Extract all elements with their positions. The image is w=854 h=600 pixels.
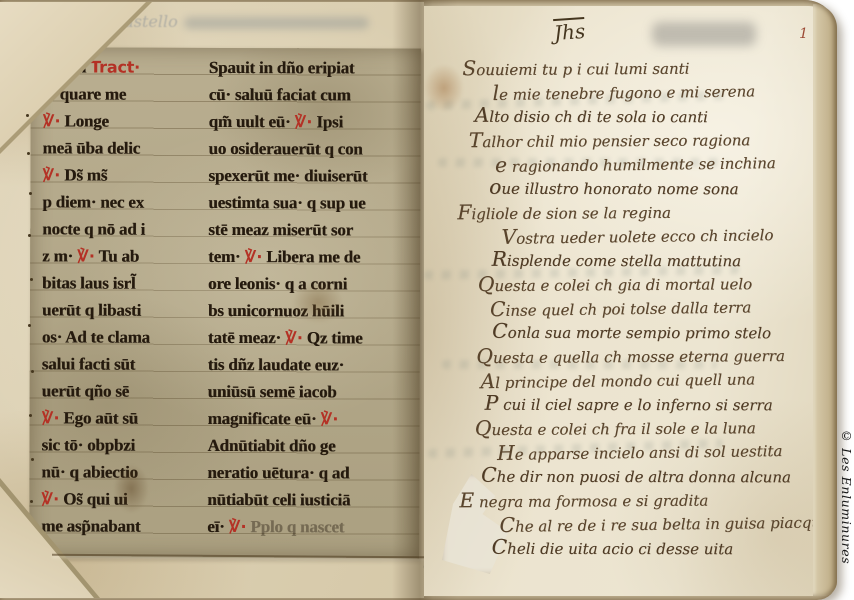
ihs-monogram: Jhs bbox=[553, 19, 586, 45]
poem-line: le mie tenebre fugono e mi serena bbox=[448, 77, 824, 106]
manuscript-line: spexerūt me· diuiserūt bbox=[208, 163, 416, 191]
manuscript-line: neratio uētura· q ad bbox=[207, 460, 415, 488]
poem-line: Conla sua morte sempio primo stelo bbox=[450, 320, 826, 345]
manuscript-line: sic tō· obpbzi bbox=[41, 432, 201, 460]
erased-inscription bbox=[184, 17, 369, 29]
manuscript-line: stē meaz miserūt sor bbox=[208, 217, 416, 245]
manuscript-line: os· Ad te clama bbox=[42, 324, 202, 352]
manuscript-line: tem· ℣· Libera me de bbox=[208, 244, 416, 272]
book-fore-edge bbox=[813, 4, 837, 596]
manuscript-line: qm̃ uult eū· ℣· Ipsi bbox=[209, 109, 417, 137]
manuscript-line: uniūsū semē iacob bbox=[208, 379, 416, 407]
poem-line: Alto disio ch di te sola io canti bbox=[449, 104, 825, 129]
manuscript-line: ℣· Ds̃ ms̃ bbox=[42, 162, 202, 190]
manuscript-line: salui facti sūt bbox=[42, 351, 202, 379]
left-page: Castello ms̃ rel Tract·e: quare me℣· Lon… bbox=[0, 2, 424, 598]
manuscript-line: eī· ℣· Pplo q nascet bbox=[207, 514, 415, 542]
pencil-inscription: Castello bbox=[112, 12, 412, 38]
manuscript-line: tis dñz laudate euz· bbox=[208, 352, 416, 380]
folio-number: 1 bbox=[799, 26, 808, 42]
manuscript-line: bitas laus isrl̃ bbox=[42, 270, 202, 298]
manuscript-line: tatē meaz· ℣· Qz time bbox=[208, 325, 416, 353]
poem-line: Al principe del mondo cui quell una bbox=[450, 365, 826, 394]
manuscript-line: uestimta sua· q sup ue bbox=[208, 190, 416, 218]
open-book: Castello ms̃ rel Tract·e: quare me℣· Lon… bbox=[0, 0, 837, 600]
poem-line: e ragionando humilmente se inchina bbox=[449, 149, 825, 178]
poem-line: P cui il ciel sapre e lo inferno si serr… bbox=[451, 392, 827, 417]
manuscript-photo: Castello ms̃ rel Tract·e: quare me℣· Lon… bbox=[0, 0, 854, 600]
ink-smudge bbox=[652, 22, 756, 46]
manuscript-line: nocte q nō ad i bbox=[42, 216, 202, 244]
manuscript-line: z m· ℣· Tu ab bbox=[42, 243, 202, 271]
poem-line: Vostra ueder uolete ecco ch incielo bbox=[449, 221, 825, 250]
manuscript-line: Spauit in dño eripiat bbox=[209, 55, 417, 83]
manuscript-line: cū· saluū faciat cum bbox=[209, 82, 417, 110]
inset-leaf: ms̃ rel Tract·e: quare me℣· Longemeā ūba… bbox=[29, 47, 421, 558]
right-page: Jhs 1 Souuiemi tu p i cui lumi santile m… bbox=[424, 6, 836, 596]
copyright-credit: © Les Enluminures bbox=[837, 428, 854, 600]
poem-line: He apparse incielo ansi di sol uestita bbox=[451, 437, 827, 466]
poem: Souuiemi tu p i cui lumi santile mie ten… bbox=[448, 55, 828, 562]
poem-line: Che dir non puosi de altra donna alcuna bbox=[451, 464, 827, 489]
manuscript-line: meā ūba delic bbox=[42, 135, 202, 163]
stain bbox=[113, 464, 149, 514]
manuscript-line: uo osiderauerūt q con bbox=[208, 136, 416, 164]
stain bbox=[292, 280, 344, 324]
manuscript-line: uerūt qño sē bbox=[42, 378, 202, 406]
wormholes bbox=[26, 114, 29, 117]
manuscript-line: ℣· Longe bbox=[43, 108, 203, 136]
poem-line: Cinse quel ch poi tolse dalla terra bbox=[450, 293, 826, 322]
manuscript-line: Adnūtiabit dño ge bbox=[207, 433, 415, 461]
poem-line: Che al re de i re sua belta in guisa pia… bbox=[451, 509, 827, 538]
manuscript-line: me asp̃nabant bbox=[41, 513, 201, 541]
manuscript-line: ℣· Ego aūt sū bbox=[42, 405, 202, 433]
manuscript-line: magnificate eū· ℣· bbox=[208, 406, 416, 434]
poem-line: Cheli die uita acio ci desse uita bbox=[452, 536, 828, 561]
manuscript-line: uerūt q libasti bbox=[42, 297, 202, 325]
manuscript-line: nūtiabūt celi iusticiā bbox=[207, 487, 415, 515]
manuscript-line: p diem· nec ex bbox=[42, 189, 202, 217]
poem-line: Risplende come stella mattutina bbox=[450, 248, 826, 273]
poem-line: oue illustro honorato nome sona bbox=[449, 176, 825, 201]
